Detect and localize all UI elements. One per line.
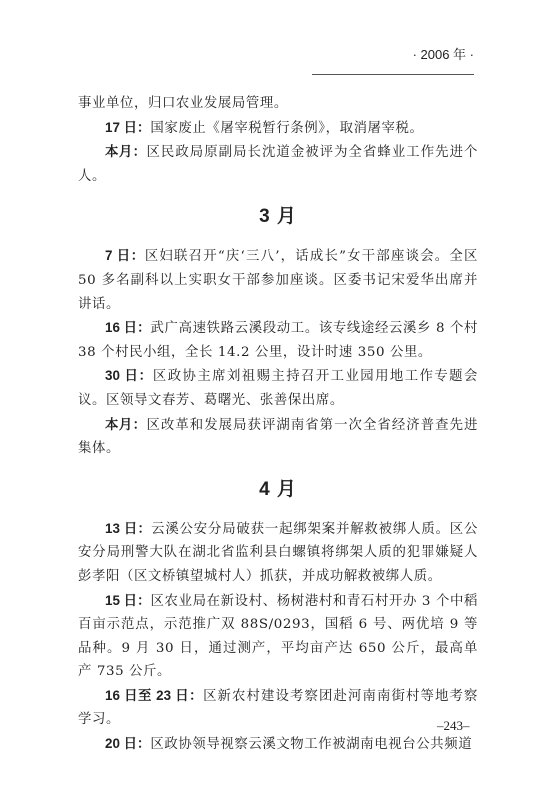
entry-date: 16 日： [105, 320, 151, 335]
entry-date: 16 日至 23 日： [105, 688, 203, 703]
entry-paragraph: 16 日：武广高速铁路云溪段动工。该专线途经云溪乡 8 个村 38 个村民小组，… [78, 316, 478, 364]
entry-date: 7 日： [105, 248, 145, 263]
entry-date: 13 日： [105, 521, 151, 536]
entry-paragraph: 本月：区民政局原副局长沈道金被评为全省蜂业工作先进个人。 [78, 140, 478, 188]
entry-paragraph: 20 日：区政协领导视察云溪文物工作被湖南电视台公共频道 [78, 732, 478, 757]
running-header: · 2006 年 · [312, 44, 474, 63]
month-heading-april: 4 月 [78, 477, 478, 503]
entry-paragraph: 13 日：云溪公安分局破获一起绑架案并解救被绑人质。区公安分局刑警大队在湖北省监… [78, 517, 478, 589]
header-rule [312, 74, 474, 75]
entry-date: 17 日： [105, 120, 150, 135]
entry-date: 本月： [105, 417, 147, 432]
entry-date: 15 日： [105, 593, 151, 608]
month-heading-march: 3 月 [78, 204, 478, 230]
entry-paragraph: 7 日：区妇联召开“庆‘三八’，话成长”女干部座谈会。全区 50 多名副科以上实… [78, 244, 478, 316]
entry-paragraph: 15 日：区农业局在新设村、杨树港村和青石村开办 3 个中稻百亩示范点，示范推广… [78, 589, 478, 684]
entry-date: 本月： [105, 144, 147, 159]
entry-paragraph: 本月：区改革和发展局获评湖南省第一次全省经济普查先进集体。 [78, 413, 478, 461]
entry-date: 20 日： [105, 736, 150, 751]
entry-text: 区政协领导视察云溪文物工作被湖南电视台公共频道 [150, 737, 472, 752]
paragraph-continued: 事业单位，归口农业发展局管理。 [78, 92, 478, 116]
page-body: 事业单位，归口农业发展局管理。 17 日：国家废止《屠宰税暂行条例》，取消屠宰税… [78, 92, 478, 757]
page-number: –243– [437, 718, 470, 734]
entry-paragraph: 17 日：国家废止《屠宰税暂行条例》，取消屠宰税。 [78, 116, 478, 141]
entry-paragraph: 30 日：区政协主席刘祖赐主持召开工业园用地工作专题会议。区领导文春芳、葛曙光、… [78, 364, 478, 412]
entry-text: 国家废止《屠宰税暂行条例》，取消屠宰税。 [150, 121, 423, 136]
entry-date: 30 日： [105, 368, 153, 383]
entry-paragraph: 16 日至 23 日：区新农村建设考察团赴河南南街村等地考察学习。 [78, 684, 478, 732]
